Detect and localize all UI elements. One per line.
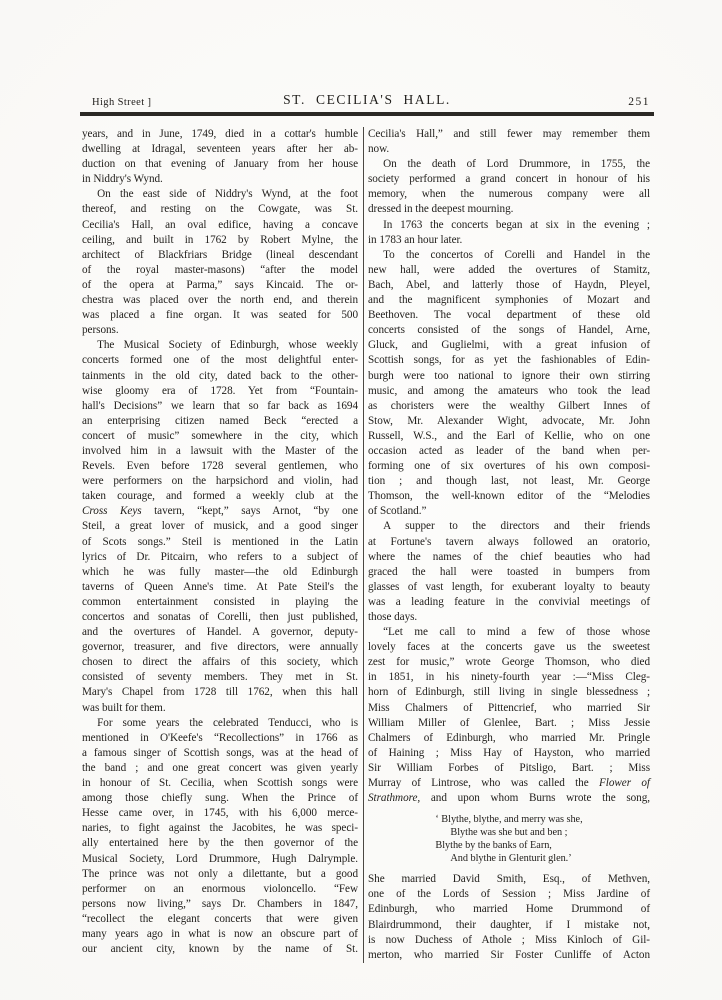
page-title: ST. CECILIA'S HALL. xyxy=(82,92,652,108)
text-line: tainments in the old city, dated back to… xyxy=(82,369,358,384)
text-line: at Fortune's tavern always followed an o… xyxy=(368,535,650,550)
text-line: The prince was not only a dilettante, bu… xyxy=(82,867,358,882)
text-line: merton, who married Sir Foster Cunliffe … xyxy=(368,948,650,963)
text-line: and the magnificent symphonies of Mozart… xyxy=(368,293,650,308)
verse-quotation: ‘ Blythe, blythe, and merry was she,Blyt… xyxy=(435,813,582,865)
text-line: naries, to fight against the Jacobites, … xyxy=(82,821,358,836)
text-line: architect of Blackfriars Bridge (lineal … xyxy=(82,248,358,263)
text-line: ceiling, and built in 1762 by Robert Myl… xyxy=(82,233,358,248)
text-line: On the east side of Niddry's Wynd, at th… xyxy=(82,187,358,202)
text-line: of the opera at Parma,” says Kincaid. Th… xyxy=(82,278,358,293)
text-line: chosen to direct the affairs of this soc… xyxy=(82,655,358,670)
text-line: In 1763 the concerts began at six in the… xyxy=(368,218,650,233)
text-line: mentioned in O'Keefe's “Recollections” i… xyxy=(82,731,358,746)
text-line: Blairdrummond, their daughter, if I mist… xyxy=(368,918,650,933)
text-line: dressed in the deepest mourning. xyxy=(368,202,650,217)
text-line: in 1851, in his ninety-fourth year :—“Mi… xyxy=(368,670,650,685)
text-line: horn of Edinburgh, still living in singl… xyxy=(368,685,650,700)
text-line: which he was fully master—the old Edinbu… xyxy=(82,565,358,580)
text-line: consisted of seventy members. They met i… xyxy=(82,670,358,685)
text-line: was built for them. xyxy=(82,701,358,716)
text-line: wise gloomy era of 1728. Yet from “Fount… xyxy=(82,384,358,399)
text-line: thereof, and resting on the Cowgate, was… xyxy=(82,202,358,217)
text-line: Steil, a great lover of musick, and a go… xyxy=(82,519,358,534)
right-column: Cecilia's Hall,” and still fewer may rem… xyxy=(368,127,650,963)
text-line: Chalmers of Edinburgh, who married Mr. P… xyxy=(368,731,650,746)
text-line: Russell, W.S., and the Earl of Kellie, w… xyxy=(368,429,650,444)
text-line: concerts consisted of the songs of Hande… xyxy=(368,323,650,338)
text-line: “recollect the elegant concerts that wer… xyxy=(82,912,358,927)
text-line: is now Duchess of Athole ; Miss Kinloch … xyxy=(368,933,650,948)
left-column: years, and in June, 1749, died in a cott… xyxy=(82,127,358,963)
text-line: Miss Chalmers of Pittencrief, who marrie… xyxy=(368,701,650,716)
verse-line: And blythe in Glenturit glen.’ xyxy=(435,852,582,865)
text-line: was a leading feature in the convivial m… xyxy=(368,595,650,610)
text-line: chestra was placed over the north end, a… xyxy=(82,293,358,308)
text-line: taken courage, and formed a weekly club … xyxy=(82,489,358,504)
text-line: of Scotland.” xyxy=(368,504,650,519)
text-line: A supper to the directors and their frie… xyxy=(368,519,650,534)
text-line: Thomson, the well-known editor of the “M… xyxy=(368,489,650,504)
text-line: an enterprising citizen named Beck “erec… xyxy=(82,414,358,429)
page-number: 251 xyxy=(628,96,650,108)
text-line: hall's Decisions” we learn that so far b… xyxy=(82,399,358,414)
text-line: concerts formed one of the most delightf… xyxy=(82,353,358,368)
text-line: glasses of vast length, for exuberant lo… xyxy=(368,580,650,595)
text-line: ally entertained here by the then govern… xyxy=(82,836,358,851)
text-line: Sir William Forbes of Pitsligo, Bart. ; … xyxy=(368,761,650,776)
text-line: society performed a grand concert in hon… xyxy=(368,172,650,187)
text-line: years, and in June, 1749, died in a cott… xyxy=(82,127,358,142)
text-line: among those chiefly sung. When the Princ… xyxy=(82,791,358,806)
text-line: Revels. Even before 1728 several gentlem… xyxy=(82,459,358,474)
text-line: burgh were too national to ignore their … xyxy=(368,369,650,384)
column-divider-area xyxy=(358,127,368,963)
text-line: and the overtures of Handel. A governor,… xyxy=(82,625,358,640)
text-line: Stow, Mr. Alexander Wight, advocate, Mr.… xyxy=(368,414,650,429)
text-line: persons now living,” says Dr. Chambers i… xyxy=(82,897,358,912)
text-line: For some years the celebrated Tenducci, … xyxy=(82,716,358,731)
text-line: the band ; and one great concert was giv… xyxy=(82,761,358,776)
header-rule xyxy=(80,112,654,116)
text-line: in honour of St. Cecilia, when Scottish … xyxy=(82,776,358,791)
text-line: persons. xyxy=(82,323,358,338)
text-line: tion ; and though last, not least, Mr. G… xyxy=(368,474,650,489)
text-line: Gluck, and Guglielmi, with a great infus… xyxy=(368,338,650,353)
text-line: those days. xyxy=(368,610,650,625)
text-line: zest for music,” wrote George Thomson, w… xyxy=(368,655,650,670)
text-line: forming one of six overtures of his own … xyxy=(368,459,650,474)
text-line: Cecilia's Hall,” and still fewer may rem… xyxy=(368,127,650,142)
text-line: dwelling at Idragal, seventeen years aft… xyxy=(82,142,358,157)
text-line: a famous singer of Scottish songs, was a… xyxy=(82,746,358,761)
text-line: graced the hall were toasted in bumpers … xyxy=(368,565,650,580)
text-line: On the death of Lord Drummore, in 1755, … xyxy=(368,157,650,172)
text-line: Hesse came over, in 1745, with his 6,000… xyxy=(82,806,358,821)
text-line: taverns of Queen Anne's time. At Pate St… xyxy=(82,580,358,595)
book-page-scan: High Street ] ST. CECILIA'S HALL. 251 ye… xyxy=(0,0,722,1000)
verse-line: Blythe was she but and ben ; xyxy=(435,826,582,839)
text-line: William Miller of Glenlee, Bart. ; Miss … xyxy=(368,716,650,731)
text-line: “Let me call to mind a few of those whos… xyxy=(368,625,650,640)
text-line: in 1783 an hour later. xyxy=(368,233,650,248)
text-line: of the royal master-masons) “after the m… xyxy=(82,263,358,278)
text-line: Murray of Lintrose, who was called the F… xyxy=(368,776,650,791)
text-line: performer on an enormous violoncello. “F… xyxy=(82,882,358,897)
text-line: To the concertos of Corelli and Handel i… xyxy=(368,248,650,263)
text-line: Cross Keys tavern, “kept,” says Arnot, “… xyxy=(82,504,358,519)
text-line: involved him in a lawsuit with the Maste… xyxy=(82,444,358,459)
text-line: of Scots songs.” Steil is mentioned in t… xyxy=(82,535,358,550)
text-line: Scottish songs, for as yet the fashionab… xyxy=(368,353,650,368)
text-columns: years, and in June, 1749, died in a cott… xyxy=(82,127,650,963)
verse-line: ‘ Blythe, blythe, and merry was she, xyxy=(435,813,582,826)
column-divider xyxy=(363,127,364,963)
page-header: High Street ] ST. CECILIA'S HALL. 251 xyxy=(82,90,652,108)
text-line: The Musical Society of Edinburgh, whose … xyxy=(82,338,358,353)
text-line: concertos and sonatas of Corelli, then j… xyxy=(82,610,358,625)
text-line: duction on that evening of January from … xyxy=(82,157,358,172)
text-line: She married David Smith, Esq., of Methve… xyxy=(368,872,650,887)
text-line: of Haining ; Miss Hay of Hayston, who ma… xyxy=(368,746,650,761)
verse-line: Blythe by the banks of Earn, xyxy=(435,839,582,852)
text-line: Mary's Chapel from 1728 till 1762, when … xyxy=(82,685,358,700)
text-line: one of the Lords of Session ; Miss Jardi… xyxy=(368,887,650,902)
text-line: memory, when the numerous company were a… xyxy=(368,187,650,202)
text-line: Edinburgh, who married Home Drummond of xyxy=(368,902,650,917)
text-line: where the names of the chief beauties wh… xyxy=(368,550,650,565)
text-line: concert of music” somewhere in the city,… xyxy=(82,429,358,444)
text-line: were performers on the harpsichord and v… xyxy=(82,474,358,489)
text-line: Beethoven. The vocal department of these… xyxy=(368,308,650,323)
text-line: lovely faces at the concerts gave us the… xyxy=(368,640,650,655)
text-line: lyrics of Dr. Pitcairn, who refers to a … xyxy=(82,550,358,565)
text-line: as choristers were the wealthy Gilbert I… xyxy=(368,399,650,414)
text-line: Cecilia's Hall, an oval edifice, having … xyxy=(82,218,358,233)
text-line: in Niddry's Wynd. xyxy=(82,172,358,187)
text-line: common entertainment consisted in playin… xyxy=(82,595,358,610)
text-line: our ancient city, known by the name of S… xyxy=(82,942,358,957)
text-line: Strathmore, and upon whom Burns wrote th… xyxy=(368,791,650,806)
text-line: governor, treasurer, and five directors,… xyxy=(82,640,358,655)
text-line: music, and among the amateurs who took t… xyxy=(368,384,650,399)
text-line: was placed a fine organ. It was seated f… xyxy=(82,308,358,323)
text-line: new hall, were added the overtures of St… xyxy=(368,263,650,278)
text-line: occasion acted as leader of the band whe… xyxy=(368,444,650,459)
text-line: Musical Society, Lord Drummore, Hugh Dal… xyxy=(82,852,358,867)
text-line: Bach, Abel, and latterly those of Haydn,… xyxy=(368,278,650,293)
text-line: many years ago in what is now an obscure… xyxy=(82,927,358,942)
text-line: now. xyxy=(368,142,650,157)
